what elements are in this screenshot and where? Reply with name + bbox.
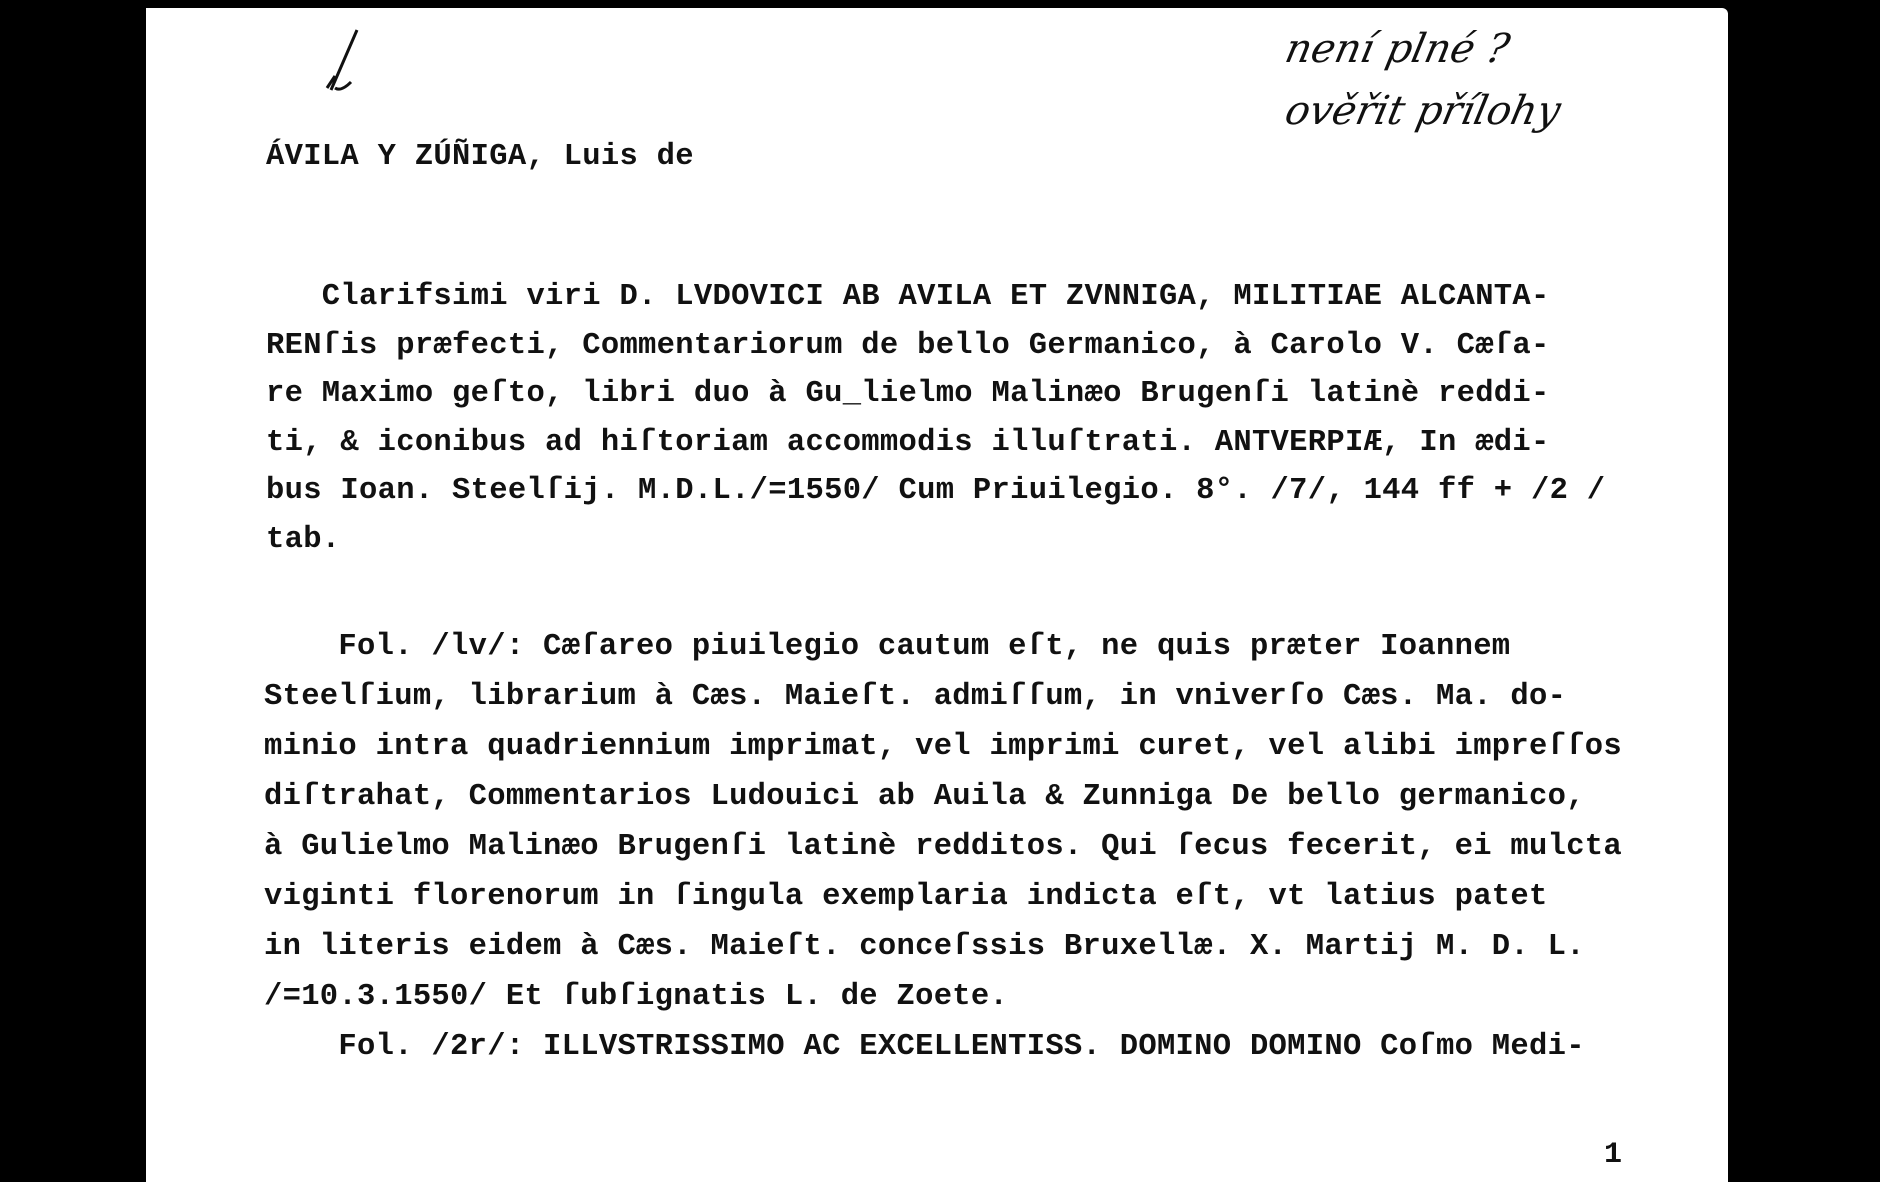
- text-line: Steelſium, librarium à Cæs. Maieſt. admi…: [264, 680, 1566, 714]
- text-line: diſtrahat, Commentarios Ludouici ab Auil…: [264, 780, 1585, 814]
- text-line: bus Ioan. Steelſij. M.D.L./=1550/ Cum Pr…: [266, 474, 1605, 508]
- handwritten-note-line1: není plné ?: [1281, 26, 1513, 72]
- catalog-card-page: není plné ? ověřit přílohy ÁVILA Y ZÚÑIG…: [146, 8, 1728, 1182]
- entry-heading: ÁVILA Y ZÚÑIGA, Luis de: [266, 140, 694, 174]
- text-line: viginti florenorum in ſingula exemplaria…: [264, 880, 1548, 914]
- handwritten-margin-mark: [321, 26, 361, 98]
- text-line: Fol. /lv/: Cæſareo piuilegio cautum eſt,…: [264, 630, 1510, 664]
- text-line: tab.: [266, 523, 340, 557]
- text-line: Fol. /2r/: ILLVSTRISSIMO AC EXCELLENTISS…: [264, 1030, 1585, 1064]
- page-number: 1: [1604, 1138, 1622, 1172]
- text-line: Clarifsimi viri D. LVDOVICI AB AVILA ET …: [266, 280, 1550, 314]
- handwritten-note-line2: ověřit přílohy: [1281, 88, 1565, 134]
- text-line: in literis eidem à Cæs. Maieſt. conceſss…: [264, 930, 1585, 964]
- text-line: /=10.3.1550/ Et ſubſignatis L. de Zoete.: [264, 980, 1008, 1014]
- text-line: RENſis præfecti, Commentariorum de bello…: [266, 329, 1550, 363]
- text-line: re Maximo geſto, libri duo à Gu_lielmo M…: [266, 377, 1550, 411]
- text-line: à Gulielmo Malinæo Brugenſi latinè reddi…: [264, 830, 1622, 864]
- text-line: minio intra quadriennium imprimat, vel i…: [264, 730, 1622, 764]
- text-line: ti, & iconibus ad hiſtoriam accommodis i…: [266, 426, 1550, 460]
